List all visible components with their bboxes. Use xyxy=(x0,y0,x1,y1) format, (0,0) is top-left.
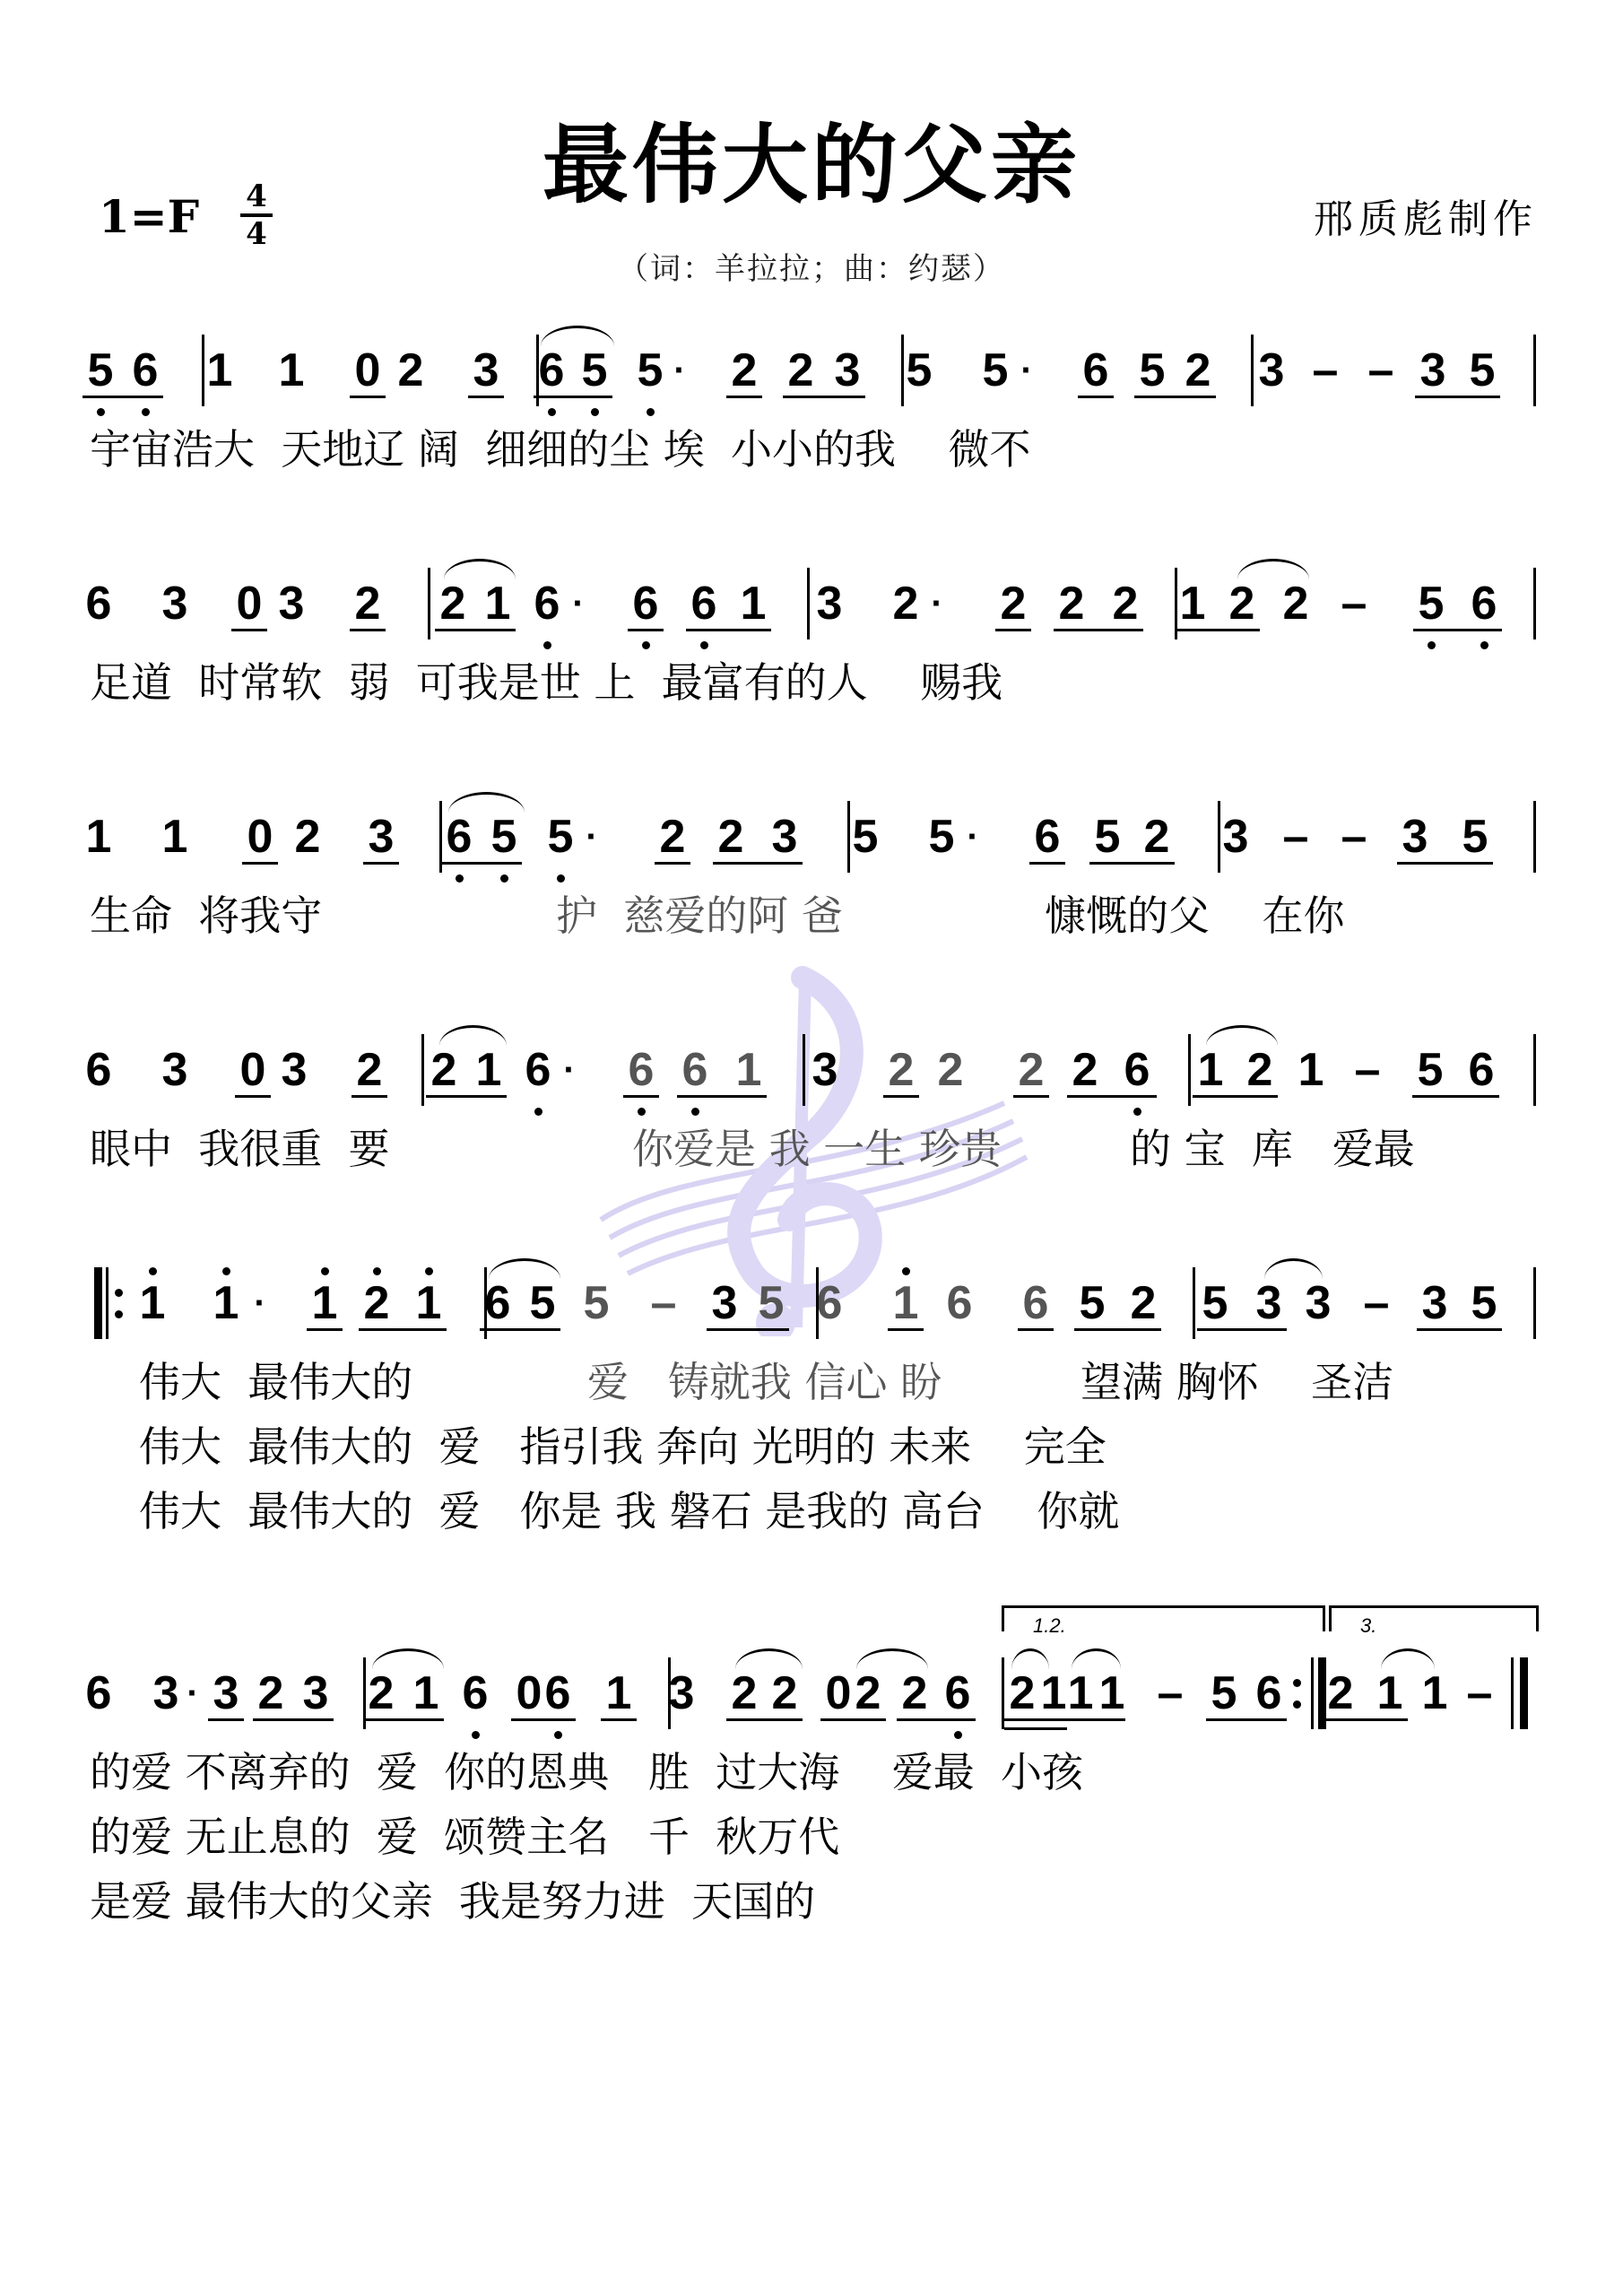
note: 2 xyxy=(1180,345,1216,396)
note: 2 xyxy=(850,1668,886,1718)
beam-underline xyxy=(623,1095,659,1098)
dash-sustain: – xyxy=(1350,1045,1385,1095)
dot-augmentation: · xyxy=(551,1045,587,1095)
dash-sustain: – xyxy=(1278,812,1314,862)
note: 2 xyxy=(1125,1278,1161,1328)
final-thin-bar xyxy=(1511,1657,1514,1729)
lyric-line: 是爱 最伟大的父亲 我是努力进 天国的 xyxy=(90,1876,815,1926)
note: 5 xyxy=(753,1278,789,1328)
note: 3 xyxy=(273,578,309,629)
note: 2 xyxy=(897,1668,933,1718)
note: 6 xyxy=(81,1045,117,1095)
note: 5 xyxy=(578,1278,614,1328)
note: 2 xyxy=(1323,1668,1358,1718)
beam-underline xyxy=(1206,1718,1287,1721)
note: 6 xyxy=(677,1045,713,1095)
bar-line xyxy=(803,1034,805,1106)
note: 3 xyxy=(767,812,803,862)
slur-tie xyxy=(444,559,516,579)
bar-line xyxy=(1193,1267,1195,1339)
beam-underline xyxy=(350,629,386,631)
beam-underline xyxy=(1054,629,1143,631)
note: 2 xyxy=(1107,578,1143,629)
low-octave-dot xyxy=(97,408,105,416)
slur-tie xyxy=(1237,559,1309,579)
note: 6 xyxy=(127,345,163,396)
beam-underline xyxy=(435,629,516,631)
dash-sustain: – xyxy=(1336,578,1372,629)
note: 2 xyxy=(363,1668,399,1718)
note: 5 xyxy=(577,345,612,396)
note: 5 xyxy=(901,345,937,396)
slur-tie xyxy=(1011,1648,1049,1669)
dash-sustain: – xyxy=(1462,1668,1497,1718)
note: 1 xyxy=(202,345,238,396)
note: 2 xyxy=(352,1045,387,1095)
lyric-line: 的 宝 库 爱最 xyxy=(1130,1124,1415,1174)
note: 1 xyxy=(1372,1668,1408,1718)
note: 3 xyxy=(1415,345,1451,396)
beam-underline xyxy=(1413,629,1502,631)
bar-line xyxy=(421,1034,424,1106)
beam-underline xyxy=(1004,1727,1067,1730)
lyricist-composer-credits: （词：羊拉拉；曲：约瑟） xyxy=(0,244,1623,288)
note: 5 xyxy=(1466,1278,1502,1328)
bar-line xyxy=(1188,1034,1191,1106)
note: 2 xyxy=(1224,578,1260,629)
note: 1 xyxy=(208,1278,244,1328)
beam-underline xyxy=(1067,1095,1157,1098)
lyric-line: 慷慨的父 在你 xyxy=(1045,891,1345,941)
note: 2 xyxy=(655,812,690,862)
high-octave-dot xyxy=(373,1267,381,1275)
note: 3 xyxy=(807,1045,843,1095)
beam-underline xyxy=(1175,629,1260,631)
beam-underline xyxy=(1197,1328,1287,1331)
note: 2 xyxy=(1054,578,1089,629)
note: 6 xyxy=(534,345,569,396)
bar-line xyxy=(807,568,810,639)
volta-label: 3. xyxy=(1360,1614,1376,1638)
low-octave-dot xyxy=(142,408,150,416)
note: 5 xyxy=(1197,1278,1233,1328)
low-octave-dot xyxy=(700,641,708,649)
note: 6 xyxy=(1466,578,1502,629)
dash-sustain: – xyxy=(646,1278,681,1328)
note: 2 xyxy=(933,1045,968,1095)
dot-augmentation: · xyxy=(574,812,610,862)
bar-line xyxy=(1002,1657,1004,1729)
note: 5 xyxy=(486,812,522,862)
dot-augmentation: · xyxy=(919,578,955,629)
beam-underline xyxy=(480,1328,560,1331)
note: 1 xyxy=(273,345,309,396)
beam-underline xyxy=(1397,862,1493,865)
lyric-line: 的爱 无止息的 爱 颂赞主名 千 秋万代 xyxy=(90,1812,839,1862)
note: 6 xyxy=(520,1045,556,1095)
note: 2 xyxy=(1004,1668,1040,1718)
beam-underline xyxy=(820,1718,886,1721)
note: 5 xyxy=(1134,345,1170,396)
note: 1 xyxy=(1417,1668,1453,1718)
note: 2 xyxy=(783,345,819,396)
note: 2 xyxy=(435,578,471,629)
note: 6 xyxy=(628,578,664,629)
lyric-line: 伟大 最伟大的 爱 指引我 奔向 光明的 未来 完全 xyxy=(139,1422,1107,1472)
low-octave-dot xyxy=(954,1731,962,1739)
note: 5 xyxy=(1464,345,1500,396)
beam-underline xyxy=(686,629,771,631)
author-credit: 邢质彪制作 xyxy=(1314,187,1538,244)
lyric-line: 足道 时常软 弱 可我是世 上 最富有的人 赐我 xyxy=(90,657,1002,708)
note: 1 xyxy=(1063,1668,1098,1718)
note: 1 xyxy=(1293,1045,1329,1095)
note: 5 xyxy=(82,345,118,396)
bar-line xyxy=(363,1657,366,1729)
dash-sustain: – xyxy=(1152,1668,1188,1718)
beam-underline xyxy=(534,396,612,398)
note: 1 xyxy=(1175,578,1211,629)
note: 6 xyxy=(1251,1668,1287,1718)
note: 5 xyxy=(525,1278,560,1328)
beam-underline xyxy=(1004,1718,1125,1721)
note: 5 xyxy=(1413,578,1449,629)
bar-line xyxy=(668,1657,671,1729)
repeat-dot xyxy=(115,1289,123,1297)
beam-underline xyxy=(888,1328,924,1331)
beam-underline xyxy=(363,1718,444,1721)
note: 3 xyxy=(1397,812,1433,862)
note: 3 xyxy=(363,812,399,862)
beam-underline xyxy=(655,862,690,865)
slur-tie xyxy=(372,1648,444,1669)
note: 1 xyxy=(135,1278,170,1328)
repeat-end-thin-bar xyxy=(1311,1657,1314,1729)
note: 6 xyxy=(1029,812,1065,862)
note: 1 xyxy=(480,578,516,629)
beam-underline xyxy=(82,396,163,398)
time-signature-top: 4 xyxy=(240,181,273,212)
note: 2 xyxy=(713,812,749,862)
beam-underline xyxy=(783,396,865,398)
note: 1 xyxy=(735,578,771,629)
note: 3 xyxy=(811,578,847,629)
note: 5 xyxy=(847,812,883,862)
slur-tie xyxy=(1381,1648,1435,1669)
dot-augmentation: · xyxy=(560,578,596,629)
note: 3 xyxy=(707,1278,742,1328)
note: 2 xyxy=(1139,812,1175,862)
beam-underline xyxy=(726,1718,803,1721)
dash-sustain: – xyxy=(1307,345,1343,396)
bar-line xyxy=(484,1267,487,1339)
slur-tie xyxy=(489,1258,560,1279)
lyric-line: 伟大 最伟大的 xyxy=(139,1357,439,1407)
low-octave-dot xyxy=(548,408,556,416)
bar-line xyxy=(1533,335,1536,406)
note: 6 xyxy=(529,578,565,629)
bar-line xyxy=(1533,1034,1536,1106)
beam-underline xyxy=(713,862,803,865)
beam-underline xyxy=(352,1095,387,1098)
beam-underline xyxy=(426,1095,507,1098)
note: 2 xyxy=(350,578,386,629)
slur-tie xyxy=(856,1648,928,1669)
bar-line xyxy=(1251,335,1254,406)
dot-augmentation: · xyxy=(662,345,698,396)
lyric-line: 宇宙浩大 天地辽 阔 细细的尘 埃 小小的我 微不 xyxy=(90,424,1030,474)
bar-line xyxy=(1175,568,1177,639)
dash-sustain: – xyxy=(1363,345,1399,396)
note: 2 xyxy=(1013,1045,1049,1095)
lyric-line: 眼中 我很重 要 xyxy=(90,1124,416,1174)
low-octave-dot xyxy=(1133,1108,1141,1116)
note: 6 xyxy=(940,1668,976,1718)
beam-underline xyxy=(1134,396,1216,398)
beam-underline xyxy=(897,1718,976,1721)
note: 6 xyxy=(81,1668,117,1718)
low-octave-dot xyxy=(591,408,599,416)
high-octave-dot xyxy=(222,1267,230,1275)
note: 2 xyxy=(1242,1045,1278,1095)
bar-line xyxy=(847,801,850,873)
note: 2 xyxy=(426,1045,462,1095)
bar-line xyxy=(816,1267,819,1339)
note: 5 xyxy=(1074,1278,1110,1328)
note: 3 xyxy=(468,345,504,396)
beam-underline xyxy=(363,862,399,865)
beam-underline xyxy=(1013,1095,1049,1098)
slur-tie xyxy=(541,326,614,346)
dot-augmentation: · xyxy=(1009,345,1045,396)
low-octave-dot xyxy=(557,874,565,883)
high-octave-dot xyxy=(425,1267,433,1275)
beam-underline xyxy=(1089,862,1175,865)
dash-sustain: – xyxy=(1336,812,1372,862)
note: 0 xyxy=(242,812,278,862)
note: 5 xyxy=(1206,1668,1242,1718)
lyric-line: 护 慈爱的阿 爸 xyxy=(556,891,856,941)
beam-underline xyxy=(441,862,522,865)
beam-underline xyxy=(1078,396,1114,398)
note: 1 xyxy=(157,812,193,862)
beam-underline xyxy=(628,629,664,631)
lyric-line: 伟大 最伟大的 爱 你是 我 磐石 是我的 高台 你就 xyxy=(139,1486,1119,1536)
bar-line xyxy=(1218,801,1220,873)
note: 2 xyxy=(1278,578,1314,629)
slur-tie xyxy=(448,792,525,813)
note: 2 xyxy=(253,1668,289,1718)
beam-underline xyxy=(1415,396,1500,398)
beam-underline xyxy=(1074,1328,1161,1331)
final-thick-bar xyxy=(1520,1657,1528,1729)
dot-augmentation: · xyxy=(242,1278,278,1328)
low-octave-dot xyxy=(554,1731,562,1739)
low-octave-dot xyxy=(647,408,655,416)
note: 3 xyxy=(298,1668,334,1718)
low-octave-dot xyxy=(472,1731,480,1739)
key-signature: 1=F xyxy=(99,190,199,243)
beam-underline xyxy=(1018,1328,1054,1331)
bar-line xyxy=(1533,1267,1536,1339)
note: 6 xyxy=(540,1668,576,1718)
note: 5 xyxy=(977,345,1013,396)
note: 2 xyxy=(883,1045,919,1095)
beam-underline xyxy=(726,396,762,398)
note: 6 xyxy=(1078,345,1114,396)
note: 1 xyxy=(1094,1668,1130,1718)
note: 1 xyxy=(1193,1045,1228,1095)
beam-underline xyxy=(235,1095,271,1098)
low-octave-dot xyxy=(456,874,464,883)
note: 2 xyxy=(726,345,762,396)
note: 3 xyxy=(829,345,865,396)
bar-line xyxy=(202,335,204,406)
dot-augmentation: · xyxy=(955,812,991,862)
note: 2 xyxy=(767,1668,803,1718)
beam-underline xyxy=(1193,1095,1278,1098)
low-octave-dot xyxy=(543,641,551,649)
note: 2 xyxy=(1067,1045,1103,1095)
slur-tie xyxy=(1264,1258,1323,1279)
beam-underline xyxy=(707,1328,789,1331)
note: 3 xyxy=(276,1045,312,1095)
note: 1 xyxy=(601,1668,637,1718)
note: 1 xyxy=(888,1278,924,1328)
beam-underline xyxy=(677,1095,767,1098)
slur-tie xyxy=(1072,1648,1121,1669)
high-octave-dot xyxy=(149,1267,157,1275)
beam-underline xyxy=(468,396,504,398)
repeat-dot xyxy=(115,1310,123,1318)
slur-tie xyxy=(735,1648,803,1669)
beam-underline xyxy=(1412,1095,1499,1098)
note: 3 xyxy=(1417,1278,1453,1328)
low-octave-dot xyxy=(1480,641,1488,649)
note: 6 xyxy=(1463,1045,1499,1095)
note: 6 xyxy=(686,578,722,629)
note: 3 xyxy=(157,1045,193,1095)
repeat-end-thick-bar xyxy=(1318,1657,1326,1729)
beam-underline xyxy=(1029,862,1065,865)
note: 1 xyxy=(411,1278,447,1328)
bar-line xyxy=(1533,801,1536,873)
beam-underline xyxy=(601,1718,637,1721)
beam-underline xyxy=(511,1718,576,1721)
note: 3 xyxy=(1218,812,1254,862)
repeat-start-thin-bar xyxy=(106,1267,108,1339)
note: 2 xyxy=(995,578,1031,629)
dash-sustain: – xyxy=(1358,1278,1394,1328)
lyric-line: 望满 胸怀 圣洁 xyxy=(1081,1357,1393,1407)
note: 3 xyxy=(157,578,193,629)
note: 1 xyxy=(731,1045,767,1095)
note: 6 xyxy=(457,1668,493,1718)
bar-line xyxy=(1533,568,1536,639)
note: 6 xyxy=(1119,1045,1155,1095)
beam-underline xyxy=(359,1328,447,1331)
note: 6 xyxy=(623,1045,659,1095)
beam-underline xyxy=(350,396,386,398)
repeat-dot xyxy=(1293,1679,1301,1687)
high-octave-dot xyxy=(321,1267,329,1275)
note: 3 xyxy=(1254,345,1289,396)
beam-underline xyxy=(1323,1718,1408,1721)
note: 6 xyxy=(1018,1278,1054,1328)
low-octave-dot xyxy=(638,1108,646,1116)
beam-underline xyxy=(208,1718,244,1721)
note: 5 xyxy=(542,812,578,862)
note: 5 xyxy=(1089,812,1125,862)
lyric-line: 你爱是 我 一生 珍贵 xyxy=(632,1124,1002,1174)
lyric-line: 的爱 不离弃的 爱 你的恩典 胜 过大海 爱最 小孩 xyxy=(90,1747,1083,1797)
slur-tie xyxy=(1206,1025,1278,1046)
low-octave-dot xyxy=(534,1108,542,1116)
beam-underline xyxy=(1417,1328,1502,1331)
note: 3 xyxy=(1251,1278,1287,1328)
note: 1 xyxy=(471,1045,507,1095)
beam-underline xyxy=(242,862,278,865)
high-octave-dot xyxy=(902,1267,910,1275)
note: 0 xyxy=(350,345,386,396)
beam-underline xyxy=(307,1328,343,1331)
note: 1 xyxy=(81,812,117,862)
lyric-line: 爱 铸就我 信心 盼 xyxy=(587,1357,942,1407)
beam-underline xyxy=(995,629,1031,631)
beam-underline xyxy=(253,1718,334,1721)
note: 6 xyxy=(441,812,477,862)
note: 0 xyxy=(231,578,267,629)
note: 5 xyxy=(1412,1045,1448,1095)
note: 3 xyxy=(208,1668,244,1718)
note: 1 xyxy=(307,1278,343,1328)
low-octave-dot xyxy=(1428,641,1436,649)
note: 1 xyxy=(408,1668,444,1718)
repeat-start-thick-bar xyxy=(94,1267,102,1339)
note: 6 xyxy=(81,578,117,629)
beam-underline xyxy=(231,629,267,631)
time-signature: 4 4 xyxy=(240,181,273,249)
beam-underline xyxy=(883,1095,919,1098)
note: 2 xyxy=(888,578,924,629)
note: 0 xyxy=(235,1045,271,1095)
note: 5 xyxy=(924,812,959,862)
note: 2 xyxy=(290,812,325,862)
note: 2 xyxy=(393,345,429,396)
note: 3 xyxy=(1300,1278,1336,1328)
bar-line xyxy=(439,801,442,873)
low-octave-dot xyxy=(500,874,508,883)
slur-tie xyxy=(439,1025,507,1046)
bar-line xyxy=(536,335,539,406)
note: 2 xyxy=(726,1668,762,1718)
note: 6 xyxy=(942,1278,977,1328)
volta-label: 1.2. xyxy=(1033,1614,1066,1638)
note: 2 xyxy=(359,1278,395,1328)
note: 5 xyxy=(1457,812,1493,862)
low-octave-dot xyxy=(691,1108,699,1116)
low-octave-dot xyxy=(642,641,650,649)
bar-line xyxy=(428,568,430,639)
repeat-dot xyxy=(1293,1700,1301,1709)
bar-line xyxy=(901,335,904,406)
lyric-line: 生命 将我守 xyxy=(90,891,335,941)
dot-augmentation: · xyxy=(175,1668,211,1718)
